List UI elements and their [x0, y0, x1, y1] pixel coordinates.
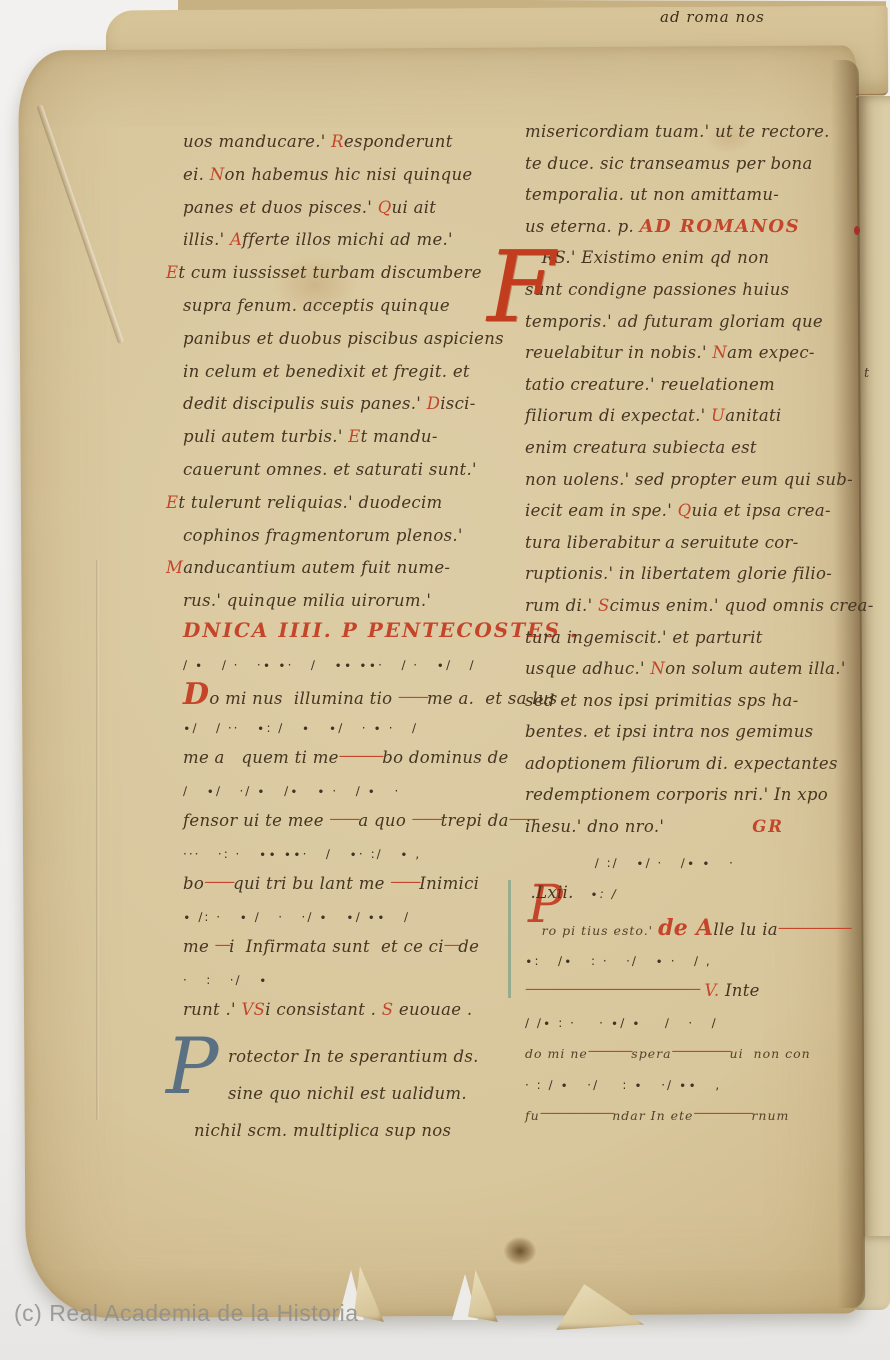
- text-segment: bo: [183, 874, 204, 893]
- text-line: filiorum di expectat.' Uanitati: [525, 400, 865, 432]
- text-segment: de: [458, 937, 479, 956]
- melisma-line: —————: [778, 918, 851, 937]
- collect-text-block: rotector In te sperantium ds.sine quo ni…: [228, 1038, 558, 1149]
- text-line: us eterna. p. AD ROMANOS: [525, 211, 865, 243]
- text-segment: E: [166, 263, 178, 282]
- text-segment: fu: [525, 1108, 540, 1123]
- text-segment: sunt condigne passiones huius: [525, 280, 789, 299]
- melisma-line: ——: [204, 872, 233, 891]
- text-line: rotector In te sperantium ds.: [228, 1038, 558, 1075]
- text-segment: fensor ui te mee: [183, 811, 329, 830]
- text-segment: Q: [678, 501, 692, 520]
- text-segment: i Infirmata sunt et ce ci: [229, 937, 444, 956]
- text-line: redemptionem corporis nri.' In xpo: [525, 779, 865, 811]
- text-segment: qui tri bu lant me: [233, 874, 390, 893]
- text-line: reuelabitur in nobis.' Nam expec-: [525, 337, 865, 369]
- neume-line: ∙: ∕∙ : · ·∕ ∙ · ∕ ,: [525, 948, 863, 974]
- text-segment: trepi da: [441, 811, 509, 830]
- neume-line: ∙ ∕: · ∙ ∕ · ·∕ ∙ ∙∕ ∙∙ ∕: [183, 904, 545, 930]
- text-segment: temporis.' ad futuram gloriam que: [525, 312, 823, 331]
- text-segment: on habemus hic nisi quinque: [224, 165, 472, 184]
- text-segment: D: [183, 677, 209, 712]
- text-segment: M: [166, 558, 183, 577]
- text-line: tura liberabitur a seruitute cor-: [525, 527, 865, 559]
- text-line: Et tulerunt reliquias.' duodecim: [183, 487, 545, 520]
- text-segment: misericordiam tuam.' ut te rectore.: [525, 122, 830, 141]
- text-line: cophinos fragmentorum plenos.': [183, 520, 545, 553]
- text-line: nichil scm. multiplica sup nos: [194, 1112, 558, 1149]
- melisma-line: ——: [329, 809, 358, 828]
- text-line: sed et nos ipsi primitias sps ha-: [525, 685, 865, 717]
- text-line: bo——qui tri bu lant me ——Inimici: [183, 867, 545, 904]
- text-segment: cauerunt omnes. et saturati sunt.': [183, 460, 477, 479]
- text-segment: dedit discipulis suis panes.': [183, 394, 427, 413]
- text-line: uos manducare.' Responderunt: [183, 126, 545, 159]
- text-segment: adoptionem filiorum di. expectantes: [525, 754, 838, 773]
- text-segment: tura liberabitur a seruitute cor-: [525, 533, 799, 552]
- text-segment: supra fenum. acceptis quinque: [183, 296, 450, 315]
- text-line: fu—————ndar In ete————rnum: [525, 1098, 863, 1134]
- text-line: ruptionis.' in libertatem glorie filio-: [525, 558, 865, 590]
- text-segment: D: [427, 394, 441, 413]
- left-crease: [96, 560, 99, 1120]
- text-line: bentes. et ipsi intra nos gemimus: [525, 716, 865, 748]
- text-segment: esponderunt: [344, 132, 453, 151]
- text-segment: ei.: [183, 165, 210, 184]
- neume-line: ∙∕ ∕ ·· ∙: ∕ ∙ ∙∕ · ∙ · ∕: [183, 715, 545, 741]
- text-segment: i consistant .: [265, 1000, 382, 1019]
- neume-line: · : ·∕ ∙: [183, 967, 545, 993]
- text-line: puli autem turbis.' Et mandu-: [183, 421, 545, 454]
- text-line: temporis.' ad futuram gloriam que: [525, 306, 865, 338]
- text-line: cauerunt omnes. et saturati sunt.': [183, 454, 545, 487]
- text-segment: rus.' quinque milia uirorum.': [183, 591, 431, 610]
- text-segment: puli autem turbis.': [183, 427, 348, 446]
- neume-line: ∕ ∙∕ ·∕ ∙ ∕∙ ∙ · ∕ ∙ ·: [183, 778, 545, 804]
- text-segment: ndar In ete: [612, 1108, 693, 1123]
- blue-initial-P: P: [166, 1032, 218, 1102]
- text-segment: bo dominus de: [382, 748, 508, 767]
- text-line: usque adhuc.' Non solum autem illa.': [525, 653, 865, 685]
- text-segment: N: [712, 343, 727, 362]
- text-segment: AD ROMANOS: [640, 216, 801, 237]
- manuscript-photo: { "watermark": "(c) Real Academia de la …: [0, 0, 890, 1360]
- text-segment: VS: [241, 1000, 265, 1019]
- text-segment: runt .': [183, 1000, 241, 1019]
- text-segment: isci-: [440, 394, 475, 413]
- text-segment: S: [598, 596, 610, 615]
- epistle-text-block: misericordiam tuam.' ut te rectore.te du…: [525, 116, 865, 843]
- text-segment: o mi nus illumina tio: [209, 689, 398, 708]
- text-segment: anitati: [725, 406, 781, 425]
- text-segment: t cum iussisset turbam discumbere: [178, 263, 481, 282]
- text-line: ro pi tius esto.' de Alle lu ia—————: [525, 912, 863, 948]
- margin-guide-line: [508, 880, 511, 998]
- text-segment: enim creatura subiecta est: [525, 438, 757, 457]
- text-line: dedit discipulis suis panes.' Disci-: [183, 388, 545, 421]
- text-line: RS.' Existimo enim qd non: [525, 242, 865, 274]
- text-segment: panibus et duobus piscibus aspiciens: [183, 329, 504, 348]
- text-segment: GR: [752, 817, 784, 836]
- text-segment: t tulerunt reliquias.' duodecim: [178, 493, 442, 512]
- text-segment: iecit eam in spe.': [525, 501, 678, 520]
- text-segment: reuelabitur in nobis.': [525, 343, 712, 362]
- text-segment: ui non con: [730, 1046, 811, 1061]
- text-segment: bentes. et ipsi intra nos gemimus: [525, 722, 813, 741]
- melisma-line: ———: [588, 1041, 632, 1060]
- text-segment: N: [650, 659, 665, 678]
- text-segment: S: [382, 1000, 394, 1019]
- text-segment: am expec-: [727, 343, 815, 362]
- text-segment: uia et ipsa crea-: [691, 501, 830, 520]
- neume-line: ··· ·: · ∙∙ ∙∙· ∕ ∙· :∕ ∙ ,: [183, 841, 545, 867]
- text-line: iecit eam in spe.' Quia et ipsa crea-: [525, 495, 865, 527]
- text-line: Manducantium autem fuit nume-: [183, 552, 545, 585]
- text-segment: Inimici: [419, 874, 479, 893]
- neume-line: ∕ ∕∙ : · · ∙∕ ∙ ∕ · ∕: [525, 1010, 863, 1036]
- melisma-line: ————: [693, 1103, 751, 1122]
- text-segment: usque adhuc.': [525, 659, 650, 678]
- text-line: rus.' quinque milia uirorum.': [183, 585, 545, 618]
- text-line: ei. Non habemus hic nisi quinque: [183, 159, 545, 192]
- text-segment: de A: [658, 915, 713, 941]
- text-segment: illis.': [183, 230, 230, 249]
- text-line: sunt condigne passiones huius: [525, 274, 865, 306]
- text-segment: rum di.': [525, 596, 598, 615]
- text-segment: tura ingemiscit.' et parturit: [525, 628, 763, 647]
- text-segment: rnum: [751, 1108, 789, 1123]
- copyright-watermark: (c) Real Academia de la Historia: [14, 1300, 359, 1327]
- text-segment: RS.' Existimo enim qd non: [525, 248, 769, 267]
- text-segment: ruptionis.' in libertatem glorie filio-: [525, 564, 832, 583]
- text-segment: panes et duos pisces.': [183, 198, 378, 217]
- text-segment: temporalia. ut non amittamu-: [525, 185, 779, 204]
- melisma-line: ———: [339, 746, 383, 765]
- text-line: misericordiam tuam.' ut te rectore.: [525, 116, 865, 148]
- melisma-line: ——: [412, 809, 441, 828]
- text-segment: fferte illos michi ad me.': [242, 230, 453, 249]
- text-line: runt .' VSi consistant . S euouae .: [183, 993, 545, 1030]
- text-segment: cimus enim.' quod omnis crea-: [610, 596, 874, 615]
- text-line: do mi ne———spera————ui non con: [525, 1036, 863, 1072]
- feast-rubric: DNICA IIII. P PENTECOSTES .: [183, 618, 579, 642]
- text-line: .Lxii. ∙: ∕: [525, 876, 863, 912]
- text-segment: E: [348, 427, 360, 446]
- text-segment: [525, 920, 542, 939]
- text-segment: me: [183, 937, 215, 956]
- text-segment: cophinos fragmentorum plenos.': [183, 526, 463, 545]
- red-initial-F: F: [487, 244, 555, 332]
- melisma-line: ————: [672, 1041, 730, 1060]
- neume-line: ∕ :∕ ∙∕ · ∕∙ ∙ ·: [525, 850, 863, 876]
- melisma-line: —: [444, 935, 459, 954]
- gradual-chant-block: ∕ :∕ ∙∕ · ∕∙ ∙ · .Lxii. ∙: ∕ ro pi tius …: [525, 850, 863, 1134]
- text-line: te duce. sic transeamus per bona: [525, 148, 865, 180]
- text-segment: anducantium autem fuit nume-: [183, 558, 450, 577]
- text-segment: euouae .: [393, 1000, 472, 1019]
- text-line: non uolens.' sed propter eum qui sub-: [525, 464, 865, 496]
- text-segment: ro pi tius esto.': [542, 923, 658, 938]
- text-line: Do mi nus illumina tio ——me a. et sa lus: [183, 678, 545, 715]
- text-segment: N: [210, 165, 225, 184]
- text-segment: rotector In te sperantium ds.: [228, 1047, 479, 1066]
- text-line: temporalia. ut non amittamu-: [525, 179, 865, 211]
- text-segment: non uolens.' sed propter eum qui sub-: [525, 470, 853, 489]
- text-segment: sed et nos ipsi primitias sps ha-: [525, 691, 799, 710]
- text-segment: in celum et benedixit et fregit. et: [183, 362, 470, 381]
- text-segment: me a quem ti me: [183, 748, 339, 767]
- text-line: rum di.' Scimus enim.' quod omnis crea-: [525, 590, 865, 622]
- text-line: tatio creature.' reuelationem: [525, 369, 865, 401]
- text-segment: .Lxii.: [525, 883, 590, 902]
- melisma-line: ——: [398, 687, 427, 706]
- text-segment: t mandu-: [361, 427, 438, 446]
- text-segment: E: [166, 493, 178, 512]
- text-line: adoptionem filiorum di. expectantes: [525, 748, 865, 780]
- text-segment: A: [230, 230, 242, 249]
- text-segment: V.: [699, 981, 725, 1000]
- neume-line: ∕ ∙ ∕ · ·∙ ∙· ∕ ∙∙ ∙∙· ∕ · ∙∕ ∕: [183, 652, 545, 678]
- ink-smudge: [498, 1232, 542, 1270]
- text-segment: uos manducare.': [183, 132, 331, 151]
- introit-chant-block: ∕ ∙ ∕ · ·∙ ∙· ∕ ∙∙ ∙∙· ∕ · ∙∕ ∕Do mi nus…: [183, 652, 545, 1030]
- text-line: in celum et benedixit et fregit. et: [183, 356, 545, 389]
- text-segment: nichil scm. multiplica sup nos: [194, 1121, 451, 1140]
- text-segment: filiorum di expectat.': [525, 406, 711, 425]
- running-header: ad roma nos: [660, 8, 765, 26]
- text-line: fensor ui te mee ——a quo ——trepi da——: [183, 804, 545, 841]
- text-segment: Inte: [725, 981, 760, 1000]
- neume-line: · : ∕ ∙ ·∕ : ∙ ·∕ ∙∙ ,: [525, 1072, 863, 1098]
- text-segment: on solum autem illa.': [665, 659, 846, 678]
- text-line: ihesu.' dno nro.'GR: [525, 811, 865, 843]
- melisma-line: ——: [390, 872, 419, 891]
- text-segment: ui ait: [392, 198, 437, 217]
- text-segment: lle lu ia: [713, 920, 778, 939]
- text-line: enim creatura subiecta est: [525, 432, 865, 464]
- margin-note: t: [864, 366, 869, 381]
- text-segment: Q: [378, 198, 392, 217]
- text-line: me a quem ti me———bo dominus de: [183, 741, 545, 778]
- text-segment: R: [331, 132, 344, 151]
- melisma-line: —————: [540, 1103, 613, 1122]
- text-segment: redemptionem corporis nri.' In xpo: [525, 785, 828, 804]
- text-segment: U: [711, 406, 725, 425]
- text-segment: tatio creature.' reuelationem: [525, 375, 775, 394]
- text-line: ———————————— V. Inte: [525, 974, 863, 1010]
- text-line: panes et duos pisces.' Qui ait: [183, 192, 545, 225]
- gospel-text-block: uos manducare.' Responderuntei. Non habe…: [183, 126, 545, 618]
- text-segment: ∙: ∕: [590, 887, 617, 901]
- melisma-line: —: [215, 935, 230, 954]
- text-segment: do mi ne: [525, 1046, 588, 1061]
- text-line: me —i Infirmata sunt et ce ci—de: [183, 930, 545, 967]
- text-line: sine quo nichil est ualidum.: [228, 1075, 558, 1112]
- text-segment: spera: [631, 1046, 671, 1061]
- text-segment: te duce. sic transeamus per bona: [525, 154, 813, 173]
- text-segment: a quo: [358, 811, 411, 830]
- text-segment: sine quo nichil est ualidum.: [228, 1084, 467, 1103]
- text-line: tura ingemiscit.' et parturit: [525, 622, 865, 654]
- text-segment: ihesu.' dno nro.': [525, 817, 664, 836]
- melisma-line: ————————————: [525, 979, 699, 998]
